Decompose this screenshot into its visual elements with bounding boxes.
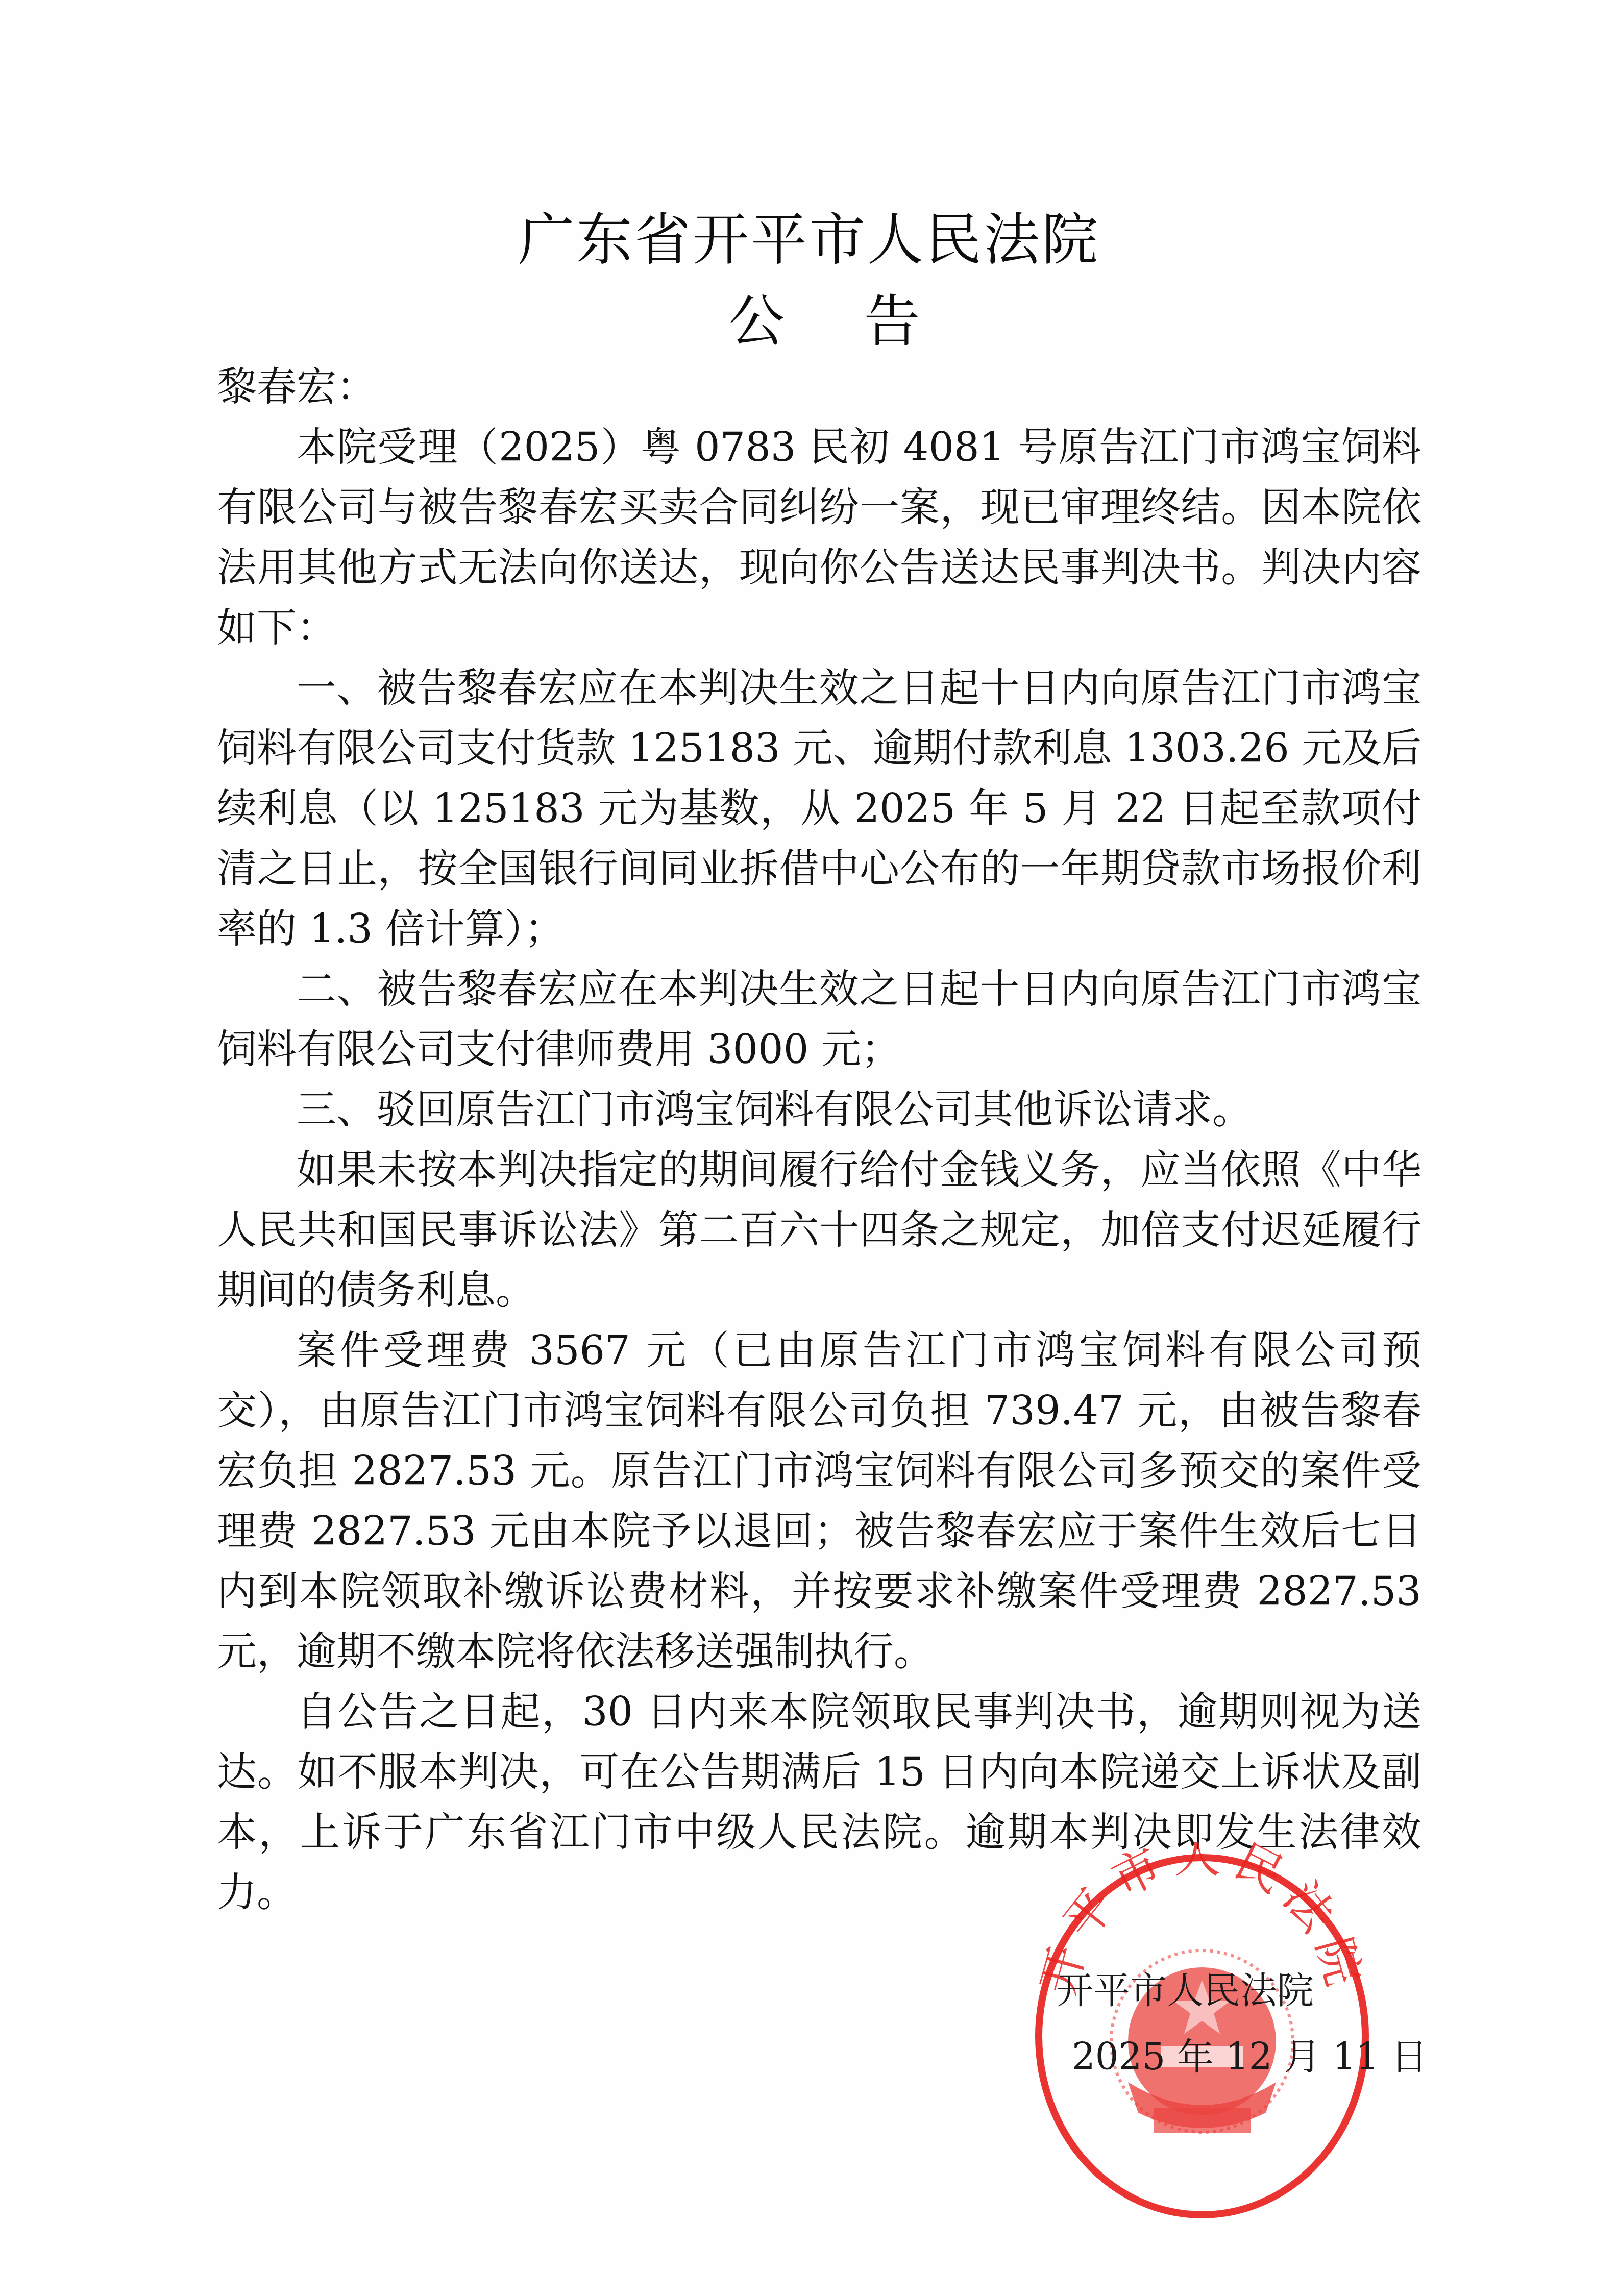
signature-court-name: 开平市人民法院 (1057, 1967, 1314, 2013)
court-name-heading: 广东省开平市人民法院 (0, 207, 1618, 273)
document-type-heading: 公 告 (0, 288, 1618, 355)
signature-date: 2025 年 12 月 11 日 (1072, 2034, 1428, 2080)
paragraph-late-payment: 如果未按本判决指定的期间履行给付金钱义务，应当依照《中华人民共和国民事诉讼法》第… (217, 1140, 1421, 1321)
paragraph-ruling-3: 三、驳回原告江门市鸿宝饲料有限公司其他诉讼请求。 (217, 1080, 1421, 1140)
document-body: 黎春宏： 本院受理（2025）粤 0783 民初 4081 号原告江门市鸿宝饲料… (217, 357, 1421, 1923)
addressee: 黎春宏： (217, 357, 1421, 417)
paragraph-intro: 本院受理（2025）粤 0783 民初 4081 号原告江门市鸿宝饲料有限公司与… (217, 417, 1421, 658)
paragraph-ruling-2: 二、被告黎春宏应在本判决生效之日起十日内向原告江门市鸿宝饲料有限公司支付律师费用… (217, 959, 1421, 1080)
paragraph-fees: 案件受理费 3567 元（已由原告江门市鸿宝饲料有限公司预交），由原告江门市鸿宝… (217, 1321, 1421, 1682)
document-page: 广东省开平市人民法院 公 告 黎春宏： 本院受理（2025）粤 0783 民初 … (0, 0, 1618, 2296)
paragraph-ruling-1: 一、被告黎春宏应在本判决生效之日起十日内向原告江门市鸿宝饲料有限公司支付货款 1… (217, 658, 1421, 959)
